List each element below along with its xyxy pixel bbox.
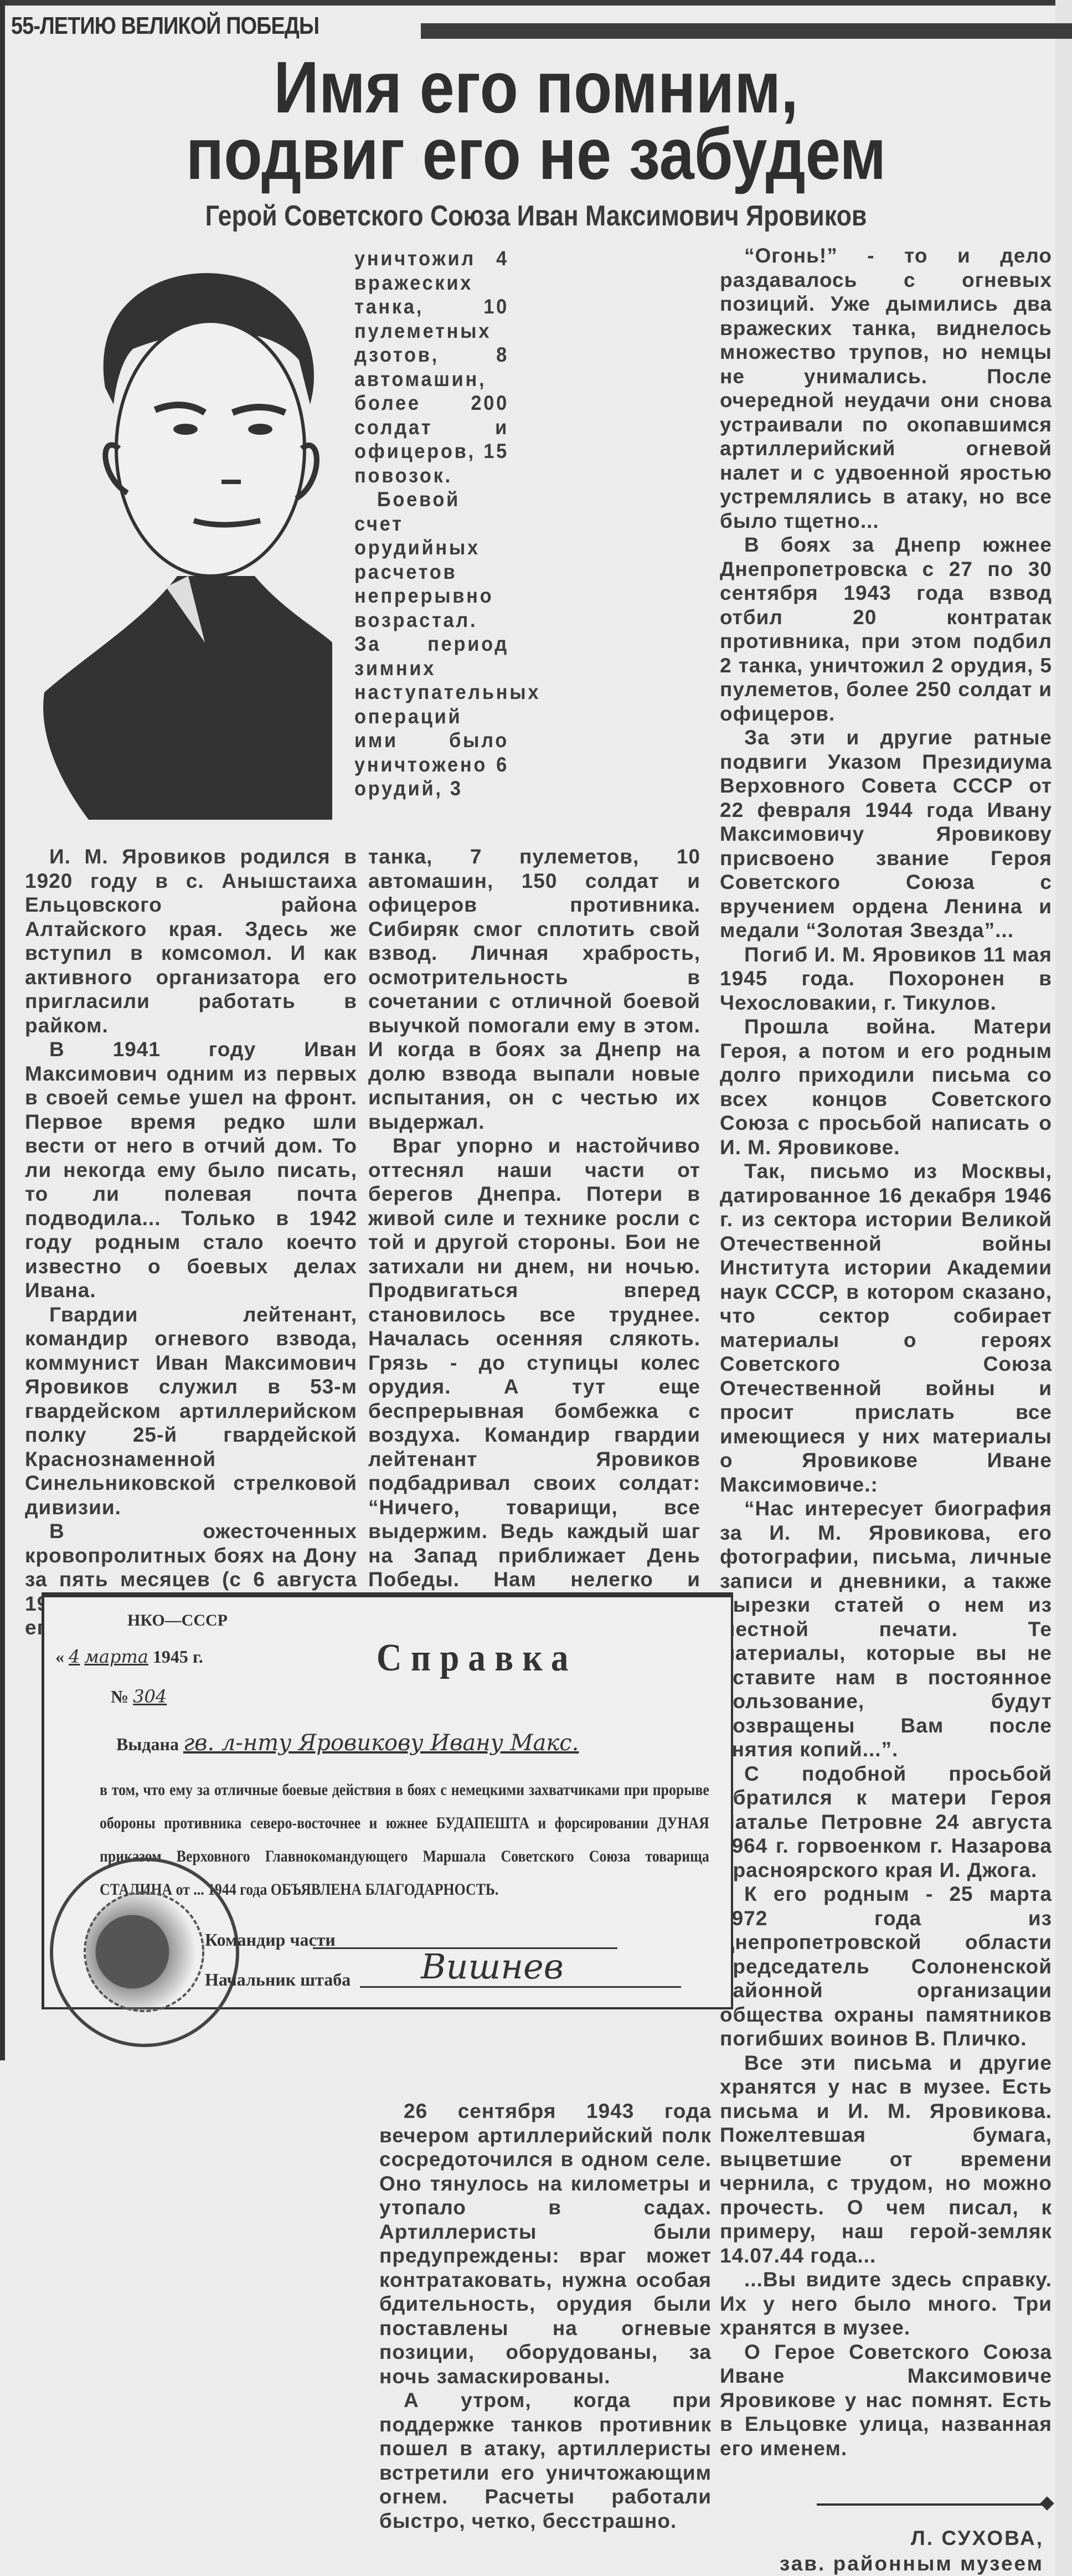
date-month: марта (84, 1646, 148, 1667)
author-position: зав. районным музеем (775, 2551, 1044, 2576)
handwritten-signature: Вишнев (421, 1946, 564, 1987)
seal-emblem (84, 1891, 204, 2012)
paragraph: Боевой счет орудийных расчетов непрерывн… (354, 487, 509, 801)
seal-stamp-icon (50, 1858, 239, 2047)
headline: Имя его помним, подвиг его не забудем (75, 54, 997, 187)
paragraph: За эти и другие ратные подвиги Указом Пр… (720, 726, 1052, 943)
byline: Л. СУХОВА, зав. районным музеем (775, 2526, 1044, 2576)
article-column-bottom-mid: 26 сентября 1943 года вечером артиллерий… (379, 2099, 712, 2533)
paragraph: танка, 7 пулеметов, 10 автомашин, 150 со… (368, 845, 700, 1134)
portrait-illustration (22, 222, 332, 820)
date-day: 4 (69, 1646, 80, 1667)
date-year: 1945 г. (153, 1647, 203, 1667)
rubric-bar (421, 23, 1072, 39)
headline-line-1: Имя его помним, (75, 54, 997, 121)
certificate-number: № 304 (111, 1686, 167, 1707)
left-column-rule (0, 0, 5, 2060)
paragraph: Гвардии лейтенант, командир огневого взв… (25, 1303, 357, 1520)
paragraph: Прошла война. Матери Героя, а потом и ег… (720, 1015, 1052, 1159)
certificate-header: НКО—СССР (127, 1611, 228, 1630)
certificate-date: « 4 марта 1945 г. (55, 1646, 203, 1667)
award-certificate-scan: НКО—СССР « 4 марта 1945 г. Справка № 304… (42, 1592, 733, 2009)
paragraph: ...Вы видите здесь справку. Их у него бы… (720, 2268, 1052, 2340)
paragraph: В боях за Днепр южнее Днепропетровска с … (720, 533, 1052, 726)
top-rule (0, 0, 1072, 6)
certificate-title: Справка (377, 1636, 578, 1680)
article-column-mid: танка, 7 пулеметов, 10 автомашин, 150 со… (368, 845, 700, 1640)
paragraph: И. М. Яровиков родился в 1920 году в с. … (25, 845, 357, 1037)
paragraph: “Нас интересует биография за И. М. Ярови… (720, 1497, 1052, 1762)
byline-rule (817, 2503, 1044, 2506)
chief-of-staff-label: Начальник штаба (205, 1970, 351, 1990)
paragraph: К его родным - 25 марта 1972 года из Дне… (720, 1882, 1052, 2051)
paragraph: уничтожил 4 вражеских танка, 10 пулеметн… (354, 246, 509, 487)
certificate-issued-to: Выдана гв. л-нту Яровикову Ивану Макс. (116, 1730, 579, 1756)
paragraph: Погиб И. М. Яровиков 11 мая 1945 года. П… (720, 943, 1052, 1015)
paragraph: В 1941 году Иван Максимович одним из пер… (25, 1037, 357, 1303)
paragraph: 26 сентября 1943 года вечером артиллерий… (379, 2099, 712, 2388)
paragraph: С подобной просьбой обратился к матери Г… (720, 1762, 1052, 1883)
paragraph: А утром, когда при поддержке танков прот… (379, 2388, 712, 2533)
diamond-ornament-icon (1040, 2496, 1054, 2510)
paragraph: “Огонь!” - то и дело раздавалось с огнев… (720, 244, 1052, 533)
author-name: Л. СУХОВА, (775, 2526, 1044, 2551)
paragraph: Так, письмо из Москвы, датированное 16 д… (720, 1159, 1052, 1497)
paragraph: Враг упорно и настойчиво оттеснял наши ч… (368, 1134, 700, 1640)
article-column-left: И. М. Яровиков родился в 1920 году в с. … (25, 845, 357, 1640)
rubric-label: 55-ЛЕТИЮ ВЕЛИКОЙ ПОБЕДЫ (11, 12, 319, 40)
paragraph: Все эти письма и другие хранятся у нас в… (720, 2051, 1052, 2268)
paragraph: О Герое Советского Союза Иване Максимови… (720, 2340, 1052, 2461)
headline-line-2: подвиг его не забудем (75, 121, 997, 187)
page-edge (1055, 0, 1072, 2576)
article-column-right: “Огонь!” - то и дело раздавалось с огнев… (720, 244, 1052, 2460)
article-column-mid-top: уничтожил 4 вражеских танка, 10 пулеметн… (354, 246, 509, 801)
